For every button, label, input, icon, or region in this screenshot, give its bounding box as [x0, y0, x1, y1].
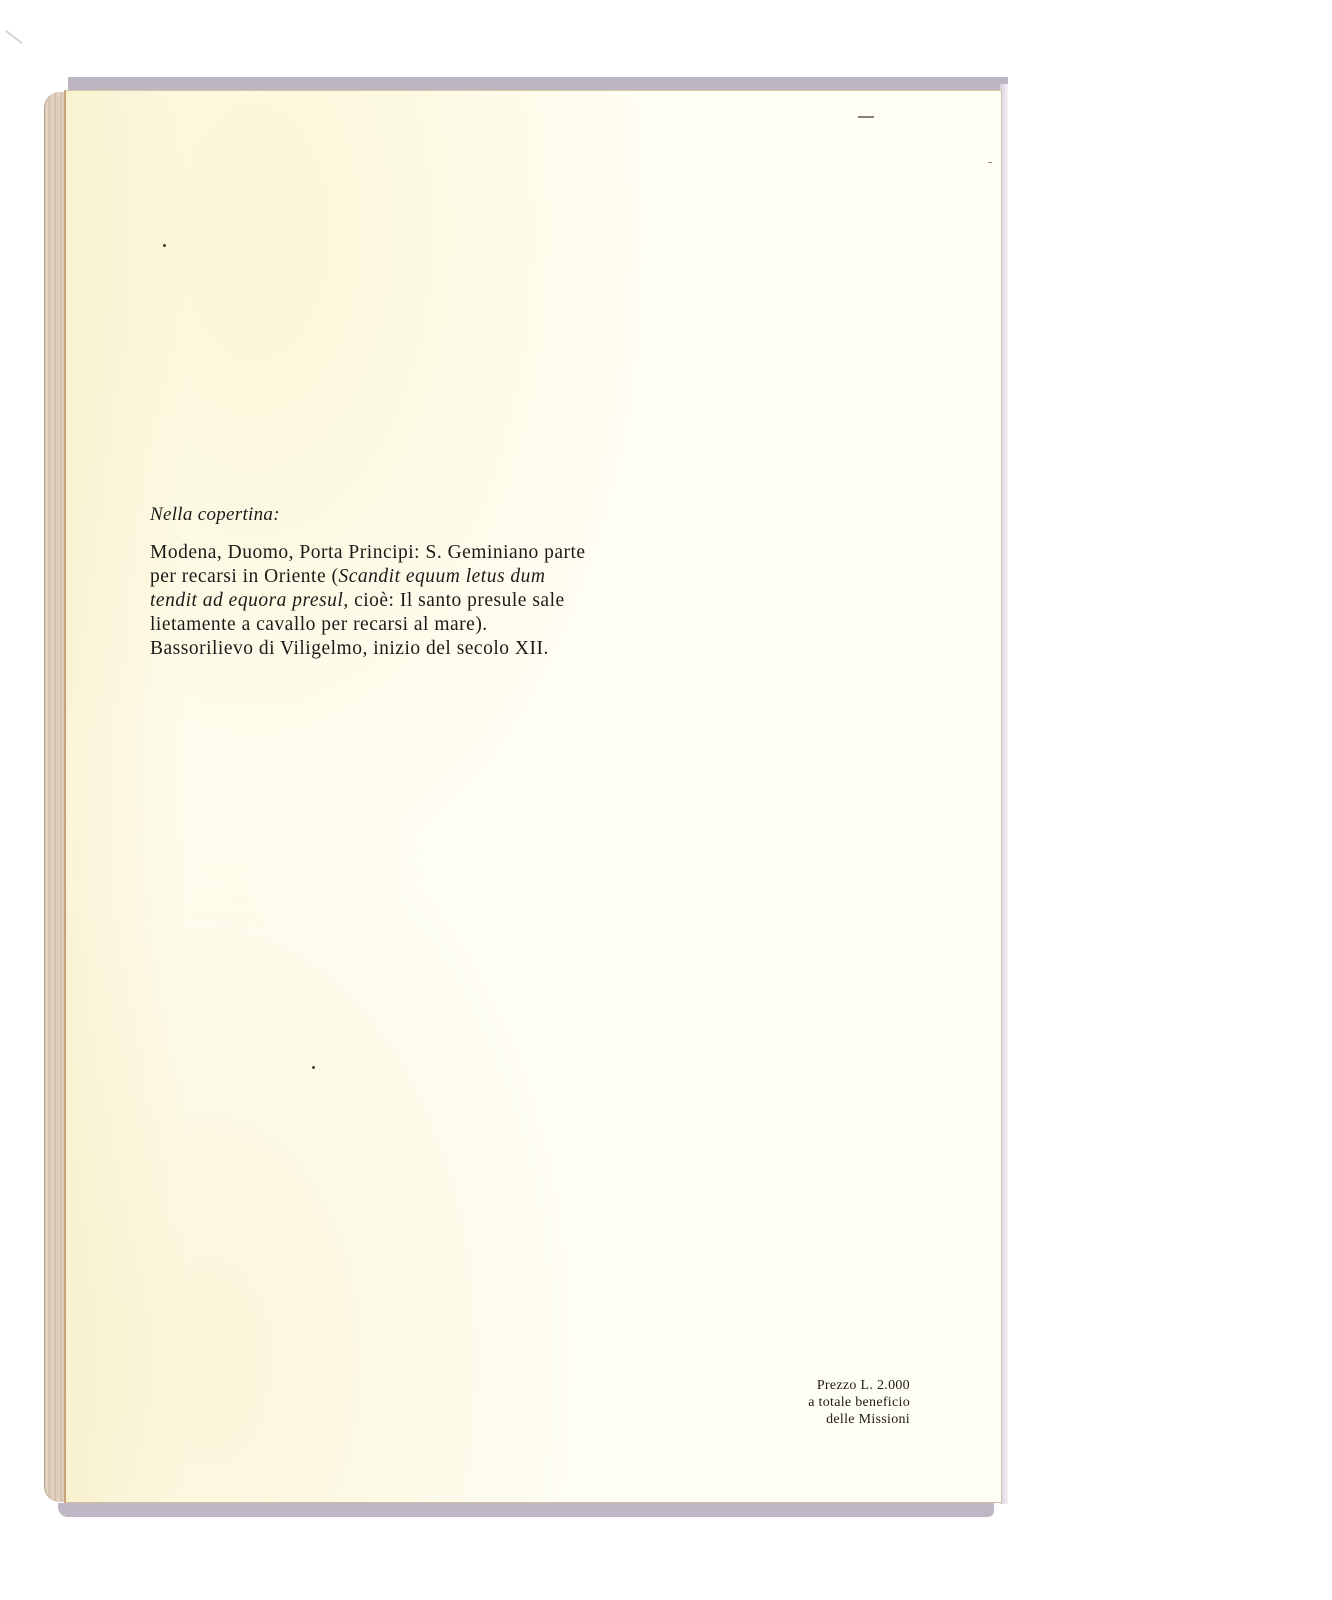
caption-line-4: lietamente a cavallo per recarsi al mare… — [150, 614, 488, 635]
caption-line-2: per recarsi in Oriente (Scandit equum le… — [150, 566, 546, 587]
price-line: Prezzo L. 2.000 — [760, 1377, 910, 1394]
caption-line-3: tendit ad equora presul, cioè: Il santo … — [150, 590, 565, 611]
caption-body: Modena, Duomo, Porta Principi: S. Gemini… — [150, 541, 710, 661]
paper-speck — [988, 162, 992, 163]
caption-text: per recarsi in Oriente ( — [150, 566, 339, 587]
caption-latin-text: tendit ad equora presul — [150, 590, 343, 611]
print-mark — [858, 116, 874, 118]
scan-artifact — [6, 30, 23, 44]
book-bottom-shadow — [58, 1503, 994, 1517]
caption-latin-text: Scandit equum letus dum — [339, 566, 546, 587]
caption-text: lietamente a cavallo per recarsi al mare… — [150, 614, 488, 635]
cover-caption: Nella copertina: Modena, Duomo, Porta Pr… — [150, 503, 710, 661]
caption-heading: Nella copertina: — [150, 503, 710, 527]
caption-line-1: Modena, Duomo, Porta Principi: S. Gemini… — [150, 542, 586, 563]
book-page-edge — [44, 92, 65, 1502]
paper-speck — [163, 244, 166, 247]
back-cover-page — [64, 90, 1002, 1503]
paper-speck — [312, 1066, 315, 1069]
beneficiary-line: delle Missioni — [760, 1411, 910, 1428]
caption-text: Modena, Duomo, Porta Principi: S. Gemini… — [150, 542, 586, 563]
beneficiary-line: a totale beneficio — [760, 1394, 910, 1411]
caption-line-5: Bassorilievo di Viligelmo, inizio del se… — [150, 638, 549, 659]
caption-text: , cioè: Il santo presule sale — [343, 590, 564, 611]
price-notice: Prezzo L. 2.000 a totale beneficio delle… — [760, 1377, 910, 1428]
caption-text: Bassorilievo di Viligelmo, inizio del se… — [150, 638, 549, 659]
